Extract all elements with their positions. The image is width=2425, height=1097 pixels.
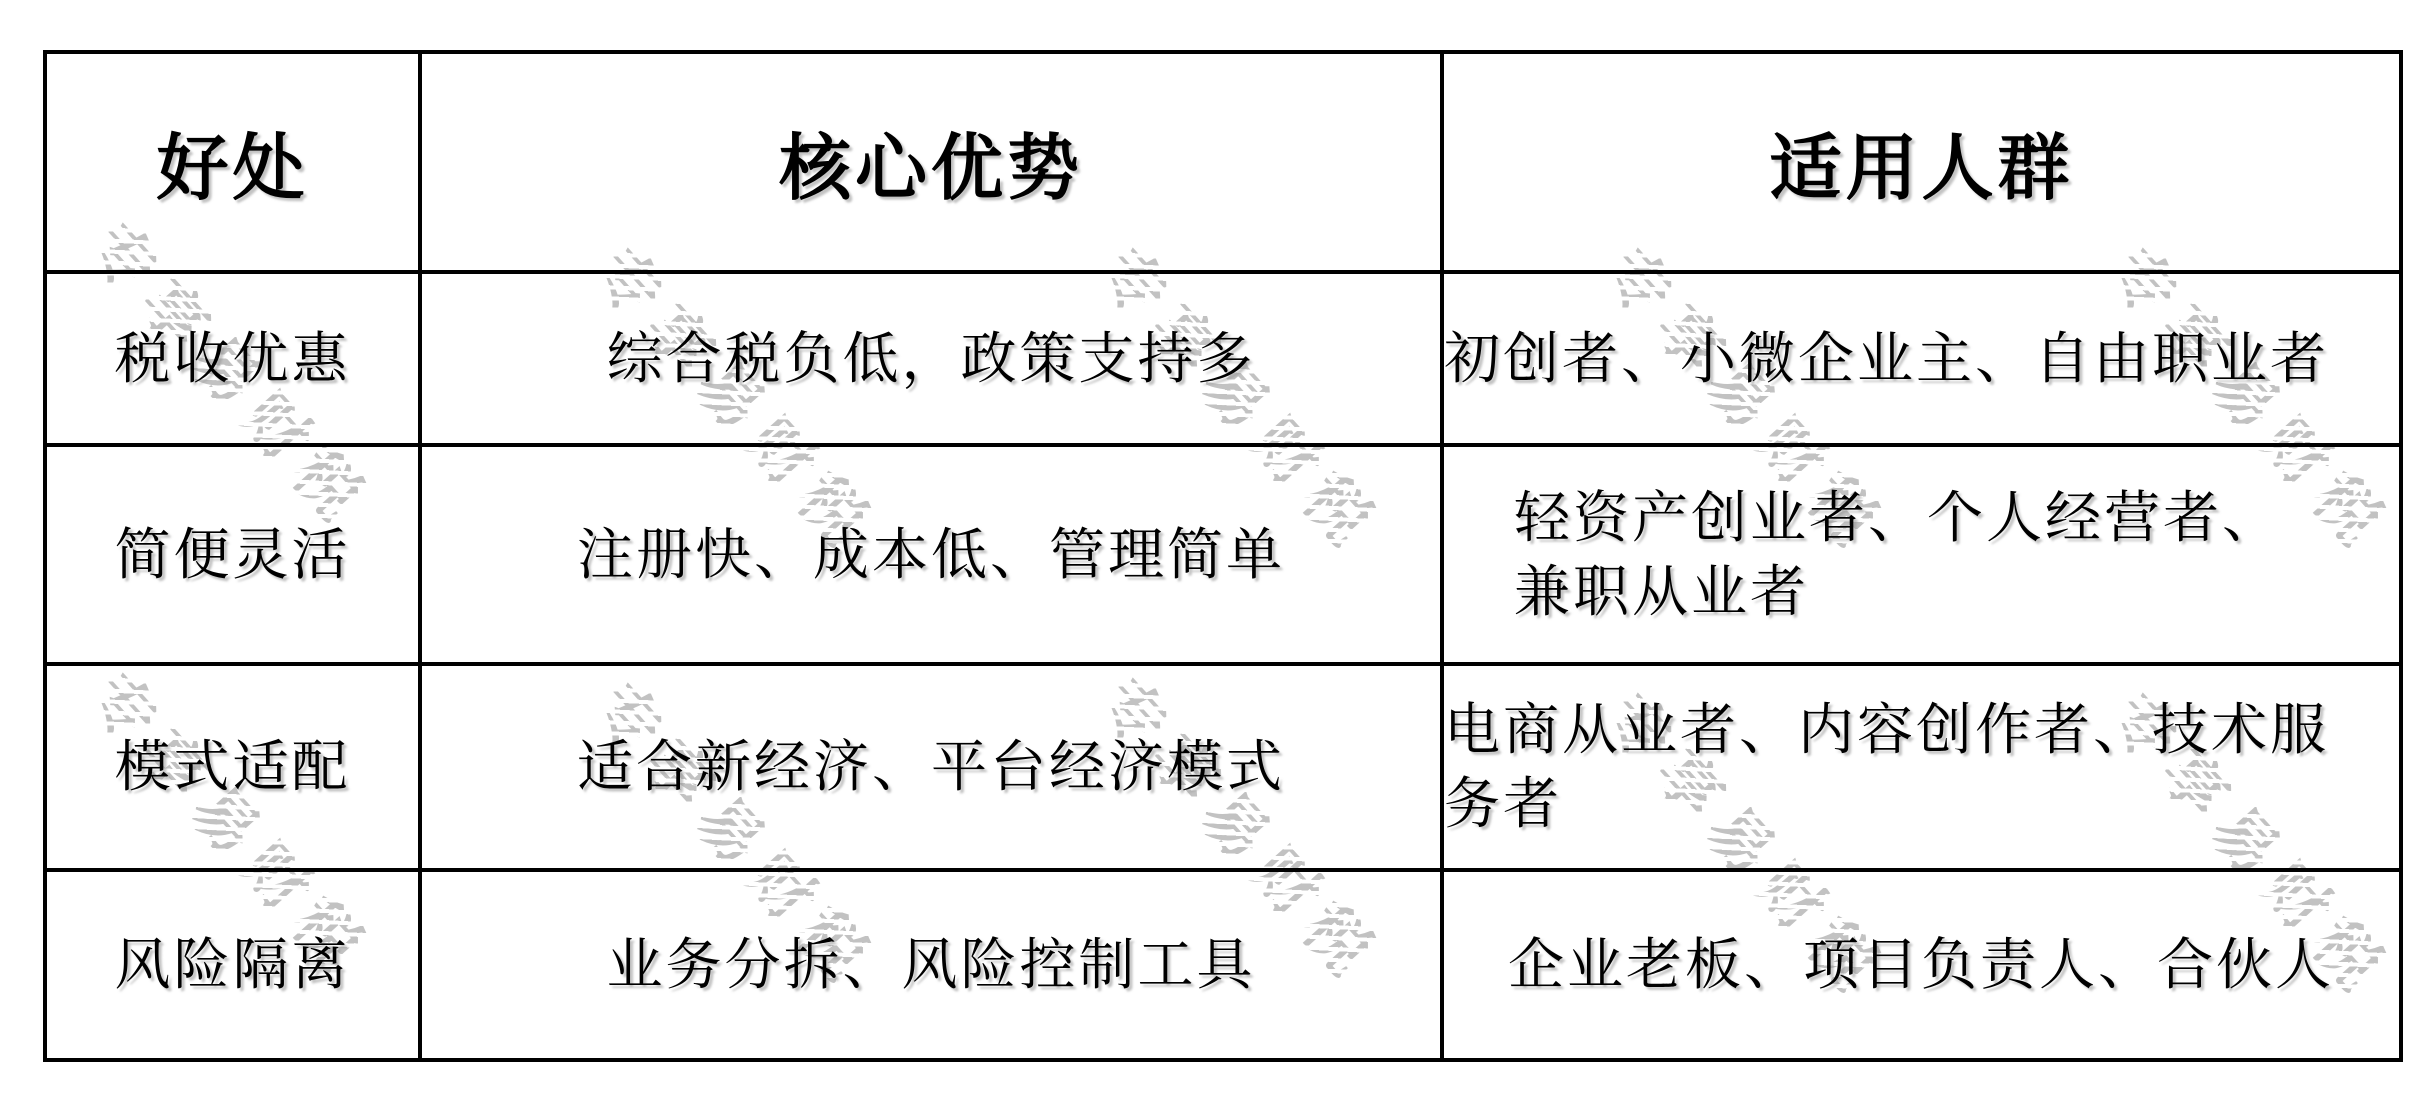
- table-row: 风险隔离 业务分拆、风险控制工具 企业老板、项目负责人、合伙人: [45, 870, 2401, 1060]
- benefit-cell: 风险隔离: [45, 870, 420, 1060]
- audience-cell: 初创者、小微企业主、自由职业者: [1442, 272, 2401, 445]
- header-row: 好处 核心优势 适用人群: [45, 52, 2401, 272]
- audience-cell: 轻资产创业者、个人经营者、 兼职从业者: [1442, 445, 2401, 664]
- advantage-cell: 注册快、成本低、管理简单: [420, 445, 1442, 664]
- column-header-benefit: 好处: [45, 52, 420, 272]
- column-header-target-audience: 适用人群: [1442, 52, 2401, 272]
- advantage-cell: 适合新经济、平台经济模式: [420, 664, 1442, 870]
- table-row: 税收优惠 综合税负低，政策支持多 初创者、小微企业主、自由职业者: [45, 272, 2401, 445]
- column-header-core-advantage: 核心优势: [420, 52, 1442, 272]
- table-row: 模式适配 适合新经济、平台经济模式 电商从业者、内容创作者、技术服 务者: [45, 664, 2401, 870]
- table-row: 简便灵活 注册快、成本低、管理简单 轻资产创业者、个人经营者、 兼职从业者: [45, 445, 2401, 664]
- benefit-cell: 模式适配: [45, 664, 420, 870]
- benefit-cell: 简便灵活: [45, 445, 420, 664]
- benefits-table: 好处 核心优势 适用人群 税收优惠 综合税负低，政策支持多 初创者、小微企业主、…: [43, 50, 2403, 1062]
- benefit-cell: 税收优惠: [45, 272, 420, 445]
- advantage-cell: 综合税负低，政策支持多: [420, 272, 1442, 445]
- advantage-cell: 业务分拆、风险控制工具: [420, 870, 1442, 1060]
- audience-cell: 电商从业者、内容创作者、技术服 务者: [1442, 664, 2401, 870]
- audience-cell: 企业老板、项目负责人、合伙人: [1442, 870, 2401, 1060]
